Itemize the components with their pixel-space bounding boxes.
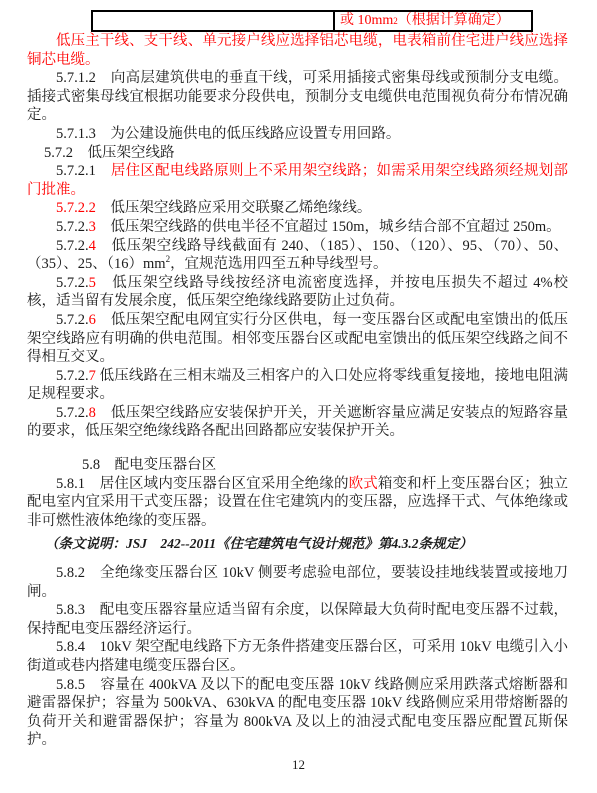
text-run: 5.7.2.	[56, 238, 89, 254]
para-5-7-2-4: 5.7.2.4 低压架空线路导线截面有 240、（185）、150、（120）、…	[27, 237, 568, 274]
text-run: 向高层建筑供电的垂直干线，可采用插接式密集母线或预制分支电缆。插接式密集母线宜根…	[27, 70, 568, 123]
document-page: 或 10mm2（根据计算确定） 低压主干线、支干线、单元接户线应选择铝芯电缆，电…	[0, 0, 597, 793]
red-text-run: 6	[89, 312, 96, 328]
text-run: 5.8.5	[56, 677, 85, 693]
para-5-8-2: 5.8.2 全绝缘变压器台区 10kV 侧要考虑验电部位，要装设挂地线装置或接地…	[27, 564, 568, 601]
text-run: 5.7.2.	[56, 312, 89, 328]
table-cell-empty	[93, 12, 335, 30]
red-text-run: 4	[89, 238, 96, 254]
para-5-7-1-3: 5.7.1.3 为公建设施供电的低压线路应设置专用回路。	[27, 125, 568, 144]
text-run: 5.8.1	[56, 476, 85, 492]
para-5-8-3: 5.8.3 配电变压器容量应适当留有余度，以保障最大负荷时配电变压器不过载，保持…	[27, 601, 568, 638]
text-run	[96, 163, 111, 179]
table-fragment: 或 10mm2（根据计算确定）	[91, 10, 533, 32]
text-run: 低压架空线路的供电半径不宜超过 150m，城乡结合部不宜超过 250m。	[96, 219, 561, 235]
text-run: 5.8.3	[56, 602, 85, 618]
text-run: 5.7.2.	[56, 219, 89, 235]
heading-5-8: 5.8 配电变压器台区	[27, 456, 568, 475]
text-run: 5.7.2.	[56, 368, 89, 384]
red-text-run: 欧式	[349, 476, 378, 492]
note-clause-explanation: （条文说明：JSJ 242--2011《住宅建筑电气设计规范》第4.3.2条规定…	[27, 535, 568, 554]
para-5-8-4: 5.8.4 10kV 架空配电线路下方无条件搭建变压器台区，可采用 10kV 电…	[27, 638, 568, 675]
para-intro-cable: 低压主干线、支干线、单元接户线应选择铝芯电缆，电表箱前住宅进户线应选择铜芯电缆。	[27, 32, 568, 69]
red-text-run: 5	[89, 275, 96, 291]
text-run: 5.7.2	[44, 145, 73, 161]
text-run: 为公建设施供电的低压线路应设置专用回路。	[96, 126, 401, 142]
text-run: 低压线路在三相末端及三相客户的入口处应将零线重复接地，接地电阻满足规程要求。	[27, 368, 568, 403]
red-text-run: 3	[89, 219, 96, 235]
text-run: 低压架空线路导线按经济电流密度选择，并按电压损失不超过 4%校核，适当留有发展余…	[27, 275, 568, 310]
red-text-run: 或 10mm	[340, 13, 393, 29]
text-run: 5.7.1.3	[56, 126, 96, 142]
text-run: 5.7.2.	[56, 275, 89, 291]
para-5-8-1: 5.8.1 居住区域内变压器台区宜采用全绝缘的欧式箱变和杆上变压器台区；独立配电…	[27, 475, 568, 531]
text-run: 10kV 架空配电线路下方无条件搭建变压器台区，可采用 10kV 电缆引入小街道…	[27, 639, 568, 674]
red-text-run: 7	[89, 368, 96, 384]
text-run: 5.7.2.	[56, 405, 89, 421]
text-run: 配电变压器容量应适当留有余度，以保障最大负荷时配电变压器不过载，保持配电变压器经…	[27, 602, 568, 637]
text-run: 5.7.1.2	[56, 70, 96, 86]
para-5-7-2-2: 5.7.2.2 低压架空线路应采用交联聚乙烯绝缘线。	[27, 199, 568, 218]
para-5-7-1-2: 5.7.1.2 向高层建筑供电的垂直干线，可采用插接式密集母线或预制分支电缆。插…	[27, 69, 568, 125]
text-run: （条文说明：JSJ 242--2011《住宅建筑电气设计规范》第4.3.2条规定…	[45, 536, 473, 551]
red-text-run: （根据计算确定）	[398, 13, 510, 29]
heading-5-7-2: 5.7.2 低压架空线路	[27, 144, 568, 163]
red-text-run: 8	[89, 405, 96, 421]
para-5-7-2-3: 5.7.2.3 低压架空线路的供电半径不宜超过 150m，城乡结合部不宜超过 2…	[27, 218, 568, 237]
text-run: 容量在 400kVA 及以下的配电变压器 10kV 线路侧应采用跌落式熔断器和避…	[27, 677, 568, 749]
text-run: 5.8	[82, 457, 100, 473]
text-run: 5.8.2	[56, 565, 85, 581]
text-run: 低压架空线路	[73, 145, 175, 161]
text-run: 5.7.2.1	[56, 163, 96, 179]
para-5-8-5: 5.8.5 容量在 400kVA 及以下的配电变压器 10kV 线路侧应采用跌落…	[27, 676, 568, 750]
para-5-7-2-1: 5.7.2.1 居住区配电线路原则上不采用架空线路；如需采用架空线路须经规划部门…	[27, 162, 568, 199]
text-run: 配电变压器台区	[100, 457, 216, 473]
table-cell-value: 或 10mm2（根据计算确定）	[335, 12, 531, 30]
text-run: 低压架空配电网宜实行分区供电，每一变压器台区或配电室馈出的低压架空线路应有明确的…	[27, 312, 568, 365]
red-text-run: 低压主干线、支干线、单元接户线应选择铝芯电缆，电表箱前住宅进户线应选择铜芯电缆。	[27, 33, 568, 68]
document-body: 低压主干线、支干线、单元接户线应选择铝芯电缆，电表箱前住宅进户线应选择铜芯电缆。…	[27, 32, 568, 750]
para-5-7-2-6: 5.7.2.6 低压架空配电网宜实行分区供电，每一变压器台区或配电室馈出的低压架…	[27, 311, 568, 367]
text-run: ，宜规范选用四至五种导线型号。	[170, 256, 388, 272]
para-5-7-2-7: 5.7.2.7 低压线路在三相末端及三相客户的入口处应将零线重复接地，接地电阻满…	[27, 367, 568, 404]
text-run: 低压架空线路应采用交联聚乙烯绝缘线。	[96, 200, 372, 216]
text-run: 低压架空线路应安装保护开关，开关遮断容量应满足安装点的短路容量的要求，低压架空绝…	[27, 405, 568, 440]
page-number: 12	[0, 757, 597, 773]
text-run: 居住区域内变压器台区宜采用全绝缘的	[85, 476, 349, 492]
text-run: 5.8.4	[56, 639, 85, 655]
para-5-7-2-8: 5.7.2.8 低压架空线路应安装保护开关，开关遮断容量应满足安装点的短路容量的…	[27, 404, 568, 441]
red-text-run: 5.7.2.2	[56, 200, 96, 216]
text-run: 全绝缘变压器台区 10kV 侧要考虑验电部位，要装设挂地线装置或接地刀闸。	[27, 565, 568, 600]
para-5-7-2-5: 5.7.2.5 低压架空线路导线按经济电流密度选择，并按电压损失不超过 4%校核…	[27, 274, 568, 311]
